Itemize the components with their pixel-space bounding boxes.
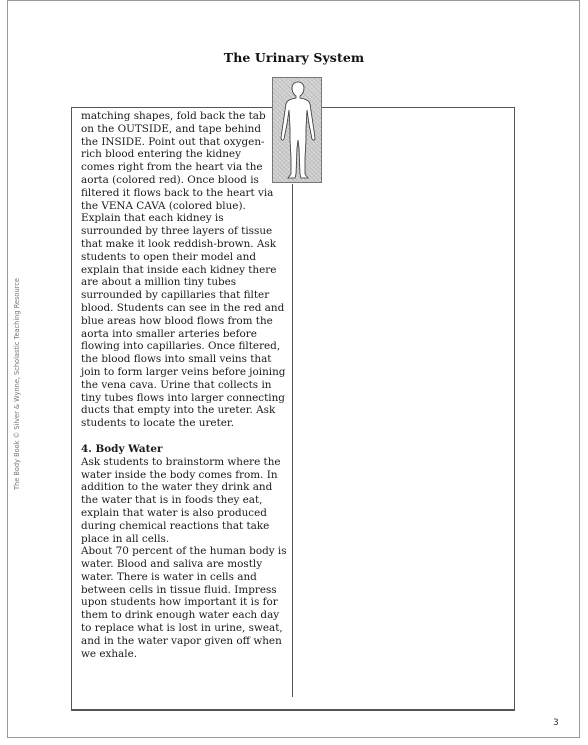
text-line: we exhale. (81, 648, 291, 661)
text-line: them to drink enough water each day (81, 609, 291, 622)
text-line: surrounded by three layers of tissue (81, 225, 291, 238)
text-line: water. Blood and saliva are mostly (81, 558, 291, 571)
body-text: matching shapes, fold back the tab on th… (81, 110, 291, 660)
text-line: and in the water vapor given off when (81, 635, 291, 648)
text-line: explain that water is also produced (81, 507, 291, 520)
text-line: between cells in tissue fluid. Impress (81, 584, 291, 597)
text-line: explain that inside each kidney there (81, 264, 291, 277)
text-line: rich blood entering the kidney (81, 148, 291, 161)
text-line: filtered it flows back to the heart via (81, 187, 291, 200)
text-line: upon students how important it is for (81, 596, 291, 609)
text-line: that make it look reddish-brown. Ask (81, 238, 291, 251)
page-title: The Urinary System (0, 50, 588, 65)
text-line: the blood flows into small veins that (81, 353, 291, 366)
text-line: blue areas how blood flows from the (81, 315, 291, 328)
text-line: are about a million tiny tubes (81, 276, 291, 289)
text-line: place in all cells. (81, 533, 291, 546)
text-line: Ask students to brainstorm where the (81, 456, 291, 469)
text-line: the VENA CAVA (colored blue). (81, 200, 291, 213)
text-line: aorta (colored red). Once blood is (81, 174, 291, 187)
text-line: to replace what is lost in urine, sweat, (81, 622, 291, 635)
text-line: the vena cava. Urine that collects in (81, 379, 291, 392)
text-line: surrounded by capillaries that filter (81, 289, 291, 302)
paragraph-urinary: matching shapes, fold back the tab on th… (81, 110, 291, 430)
text-line: water inside the body comes from. In (81, 469, 291, 482)
text-line: blood. Students can see in the red and (81, 302, 291, 315)
text-line: students to locate the ureter. (81, 417, 291, 430)
text-line: About 70 percent of the human body is (81, 545, 291, 558)
text-line: Explain that each kidney is (81, 212, 291, 225)
text-line: comes right from the heart via the (81, 161, 291, 174)
text-line: flowing into capillaries. Once filtered, (81, 340, 291, 353)
text-line: matching shapes, fold back the tab (81, 110, 291, 123)
text-line: ducts that empty into the ureter. Ask (81, 404, 291, 417)
column-divider (292, 184, 293, 697)
text-line: during chemical reactions that take (81, 520, 291, 533)
text-line: addition to the water they drink and (81, 481, 291, 494)
text-line: on the OUTSIDE, and tape behind (81, 123, 291, 136)
text-line: aorta into smaller arteries before (81, 328, 291, 341)
section-heading-body-water: 4. Body Water (81, 443, 291, 456)
text-line: the water that is in foods they eat, (81, 494, 291, 507)
text-line: water. There is water in cells and (81, 571, 291, 584)
paragraph-water-percent: About 70 percent of the human body is wa… (81, 545, 291, 660)
page-number: 3 (553, 718, 559, 728)
text-line: tiny tubes flows into larger connecting (81, 392, 291, 405)
text-line: the INSIDE. Point out that oxygen- (81, 136, 291, 149)
text-line: students to open their model and (81, 251, 291, 264)
paragraph-body-water: Ask students to brainstorm where the wat… (81, 456, 291, 546)
side-credit: The Body Book © Silver & Wynne, Scholast… (13, 278, 21, 490)
text-line: join to form larger veins before joining (81, 366, 291, 379)
